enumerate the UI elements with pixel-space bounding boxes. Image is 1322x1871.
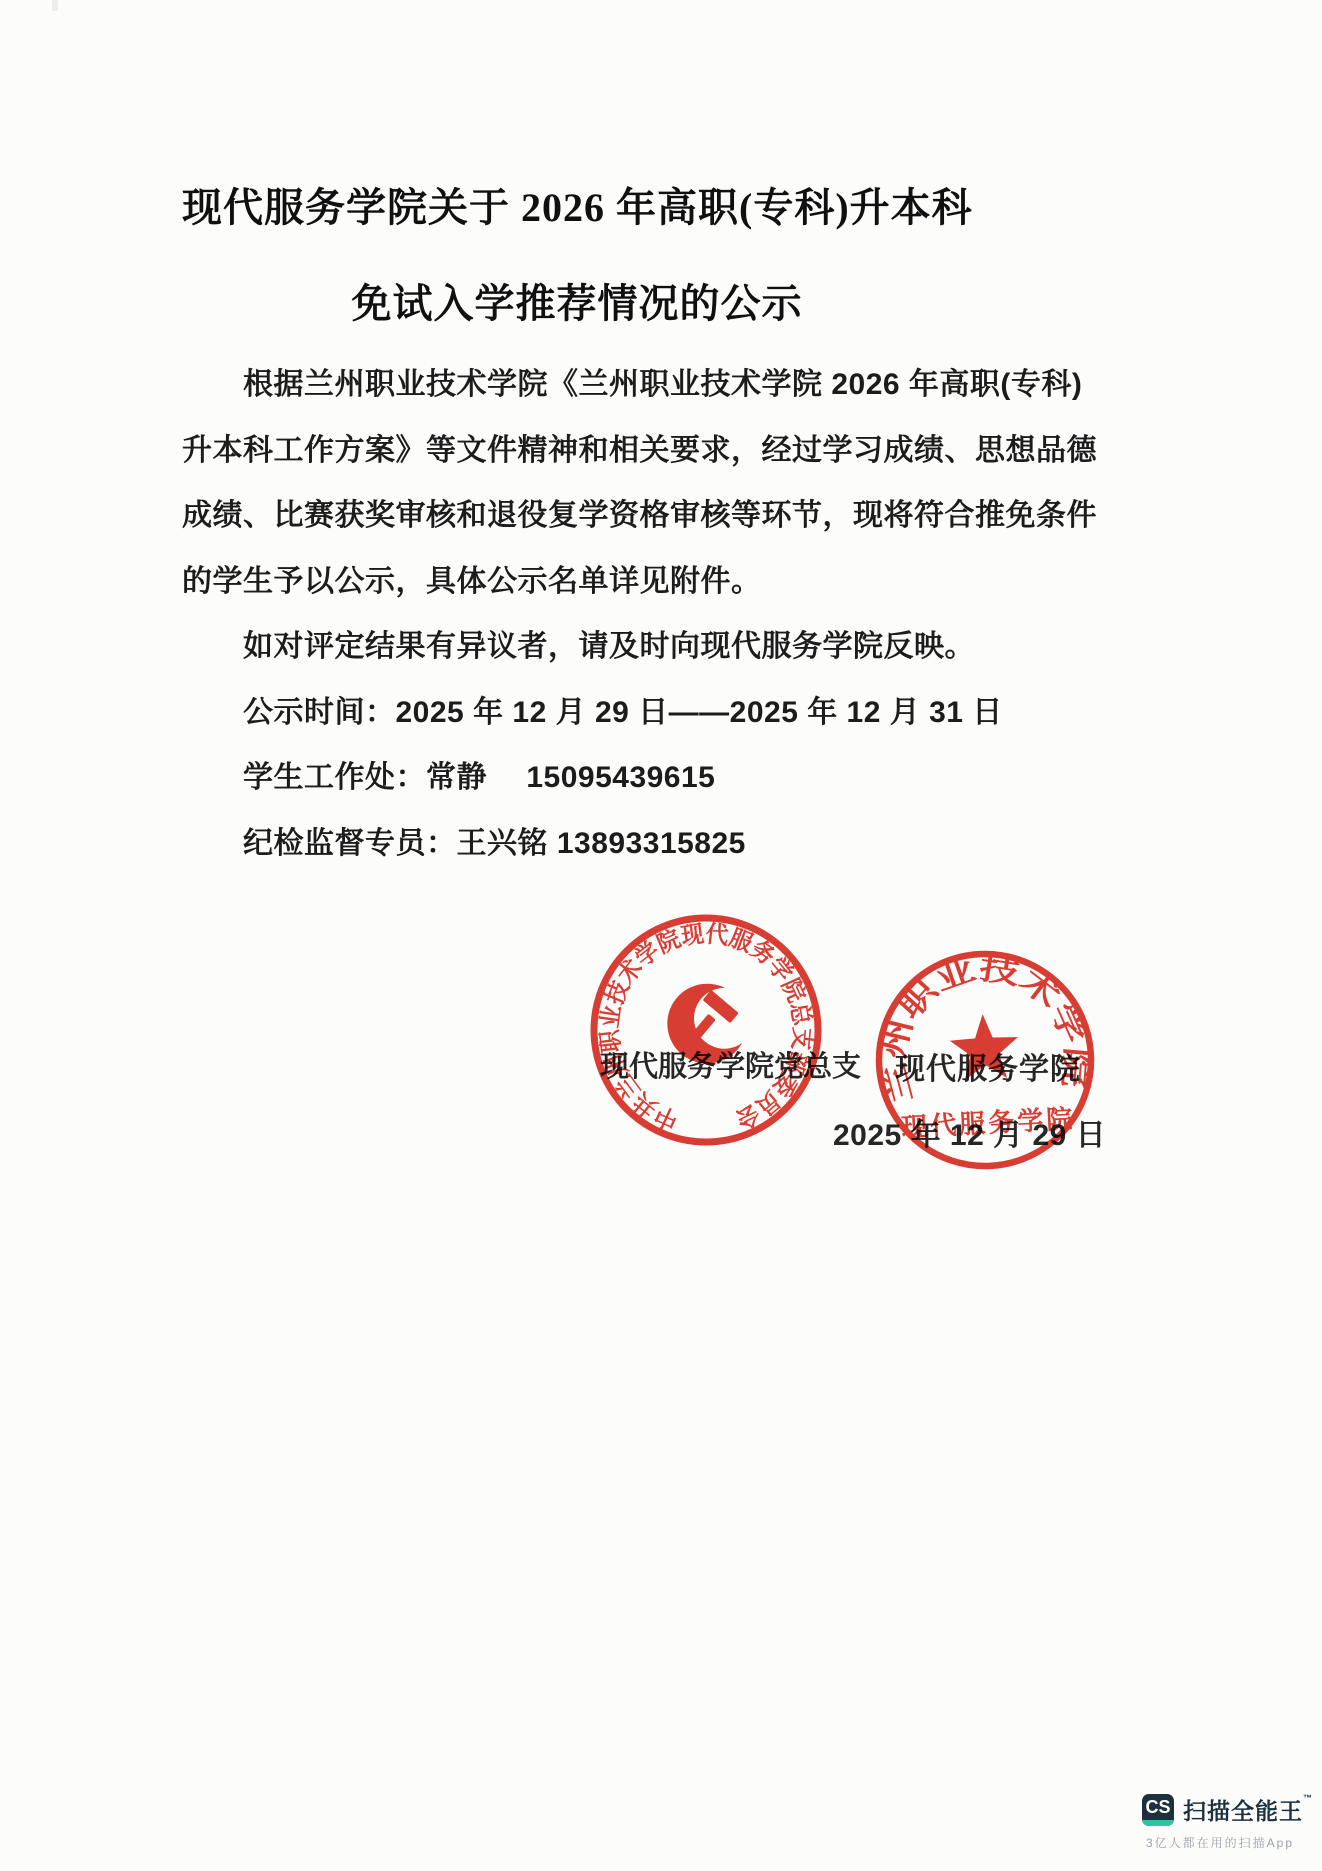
stamp-bottom-text: 现代服务学院 — [901, 1103, 1076, 1142]
body-line: 根据兰州职业技术学院《兰州职业技术学院 2026 年高职(专科) — [182, 352, 1094, 418]
body-line: 成绩、比赛获奖审核和退役复学资格审核等环节，现将符合推免条件 — [182, 483, 1094, 549]
body-line: 的学生予以公示，具体公示名单详见附件。 — [182, 549, 1094, 615]
document-title-line1: 现代服务学院关于 2026 年高职(专科)升本科 — [182, 176, 972, 233]
star-icon — [948, 1012, 1020, 1081]
party-stamp: 中共兰州职业技术学院现代服务学院总支部委员会 — [581, 905, 831, 1155]
scanned-document-page: 现代服务学院关于 2026 年高职(专科)升本科 免试入学推荐情况的公示 根据兰… — [0, 0, 1322, 1871]
college-stamp: 兰州职业技术学院 现代服务学院 — [863, 938, 1107, 1182]
camscanner-app-name-text: 扫描全能王 — [1183, 1798, 1303, 1824]
hammer-sickle-icon — [667, 984, 742, 1064]
camscanner-app-name: 扫描全能王™ — [1183, 1793, 1313, 1826]
camscanner-watermark: CS 扫描全能王™ — [1142, 1793, 1313, 1826]
camscanner-logo-band — [1142, 1820, 1174, 1826]
body-line-publicity-period: 公示时间：2025 年 12 月 29 日——2025 年 12 月 31 日 — [182, 680, 1094, 746]
document-title-line2: 免试入学推荐情况的公示 — [182, 272, 972, 329]
trademark-symbol: ™ — [1303, 1793, 1313, 1803]
body-line: 如对评定结果有异议者，请及时向现代服务学院反映。 — [182, 614, 1094, 680]
camscanner-logo: CS — [1142, 1794, 1174, 1826]
body-line: 升本科工作方案》等文件精神和相关要求，经过学习成绩、思想品德 — [182, 418, 1094, 484]
scan-artifact-mark — [52, 0, 58, 11]
body-line-student-affairs-contact: 学生工作处：常静 15095439615 — [182, 745, 1094, 811]
camscanner-logo-text: CS — [1142, 1794, 1174, 1820]
body-line-discipline-contact: 纪检监督专员：王兴铭 13893315825 — [182, 811, 1094, 877]
camscanner-tagline: 3亿人都在用的扫描App — [1146, 1834, 1294, 1851]
document-body: 根据兰州职业技术学院《兰州职业技术学院 2026 年高职(专科) 升本科工作方案… — [182, 352, 1094, 876]
